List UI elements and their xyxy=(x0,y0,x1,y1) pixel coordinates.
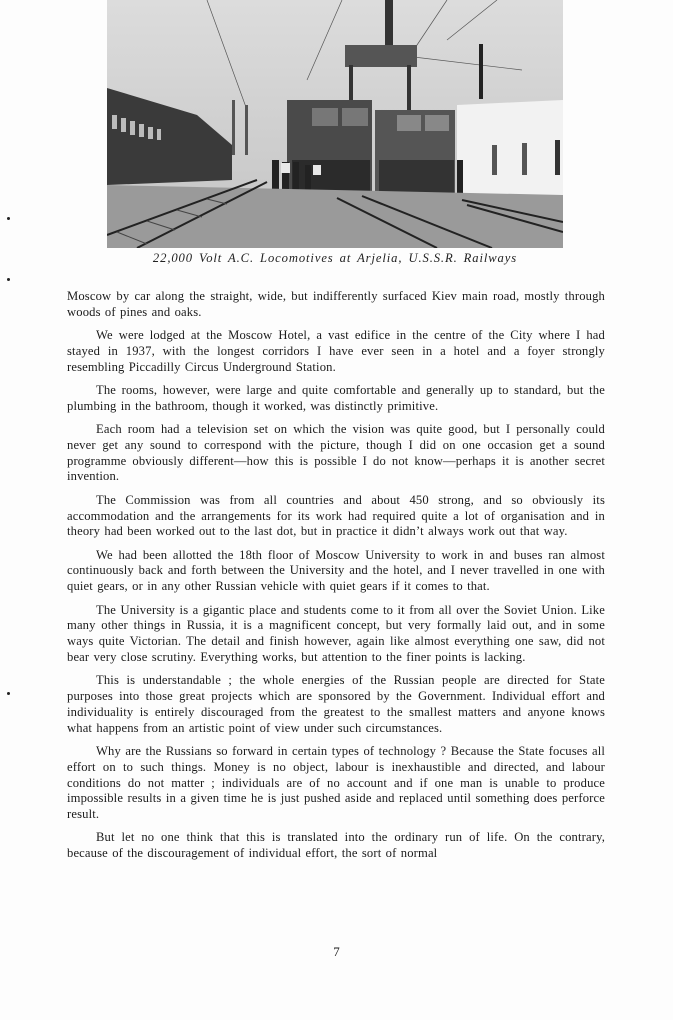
article-body: Moscow by car along the straight, wide, … xyxy=(67,289,605,870)
scan-speck xyxy=(7,278,10,281)
paragraph: The University is a gigantic place and s… xyxy=(67,603,605,666)
paragraph: We had been allotted the 18th floor of M… xyxy=(67,548,605,595)
paragraph: The Commission was from all countries an… xyxy=(67,493,605,540)
paragraph: The rooms, however, were large and quite… xyxy=(67,383,605,415)
locomotives-photograph xyxy=(107,0,563,248)
photo-illustration xyxy=(107,0,563,248)
paragraph: But let no one think that this is transl… xyxy=(67,830,605,862)
scan-speck xyxy=(7,217,10,220)
figure-caption: 22,000 Volt A.C. Locomotives at Arjelia,… xyxy=(100,251,570,266)
paragraph: Why are the Russians so forward in certa… xyxy=(67,744,605,823)
paragraph: We were lodged at the Moscow Hotel, a va… xyxy=(67,328,605,375)
scan-speck xyxy=(7,692,10,695)
paragraph: This is understandable ; the whole energ… xyxy=(67,673,605,736)
paragraph: Moscow by car along the straight, wide, … xyxy=(67,289,605,321)
page-number: 7 xyxy=(0,944,673,960)
paragraph: Each room had a television set on which … xyxy=(67,422,605,485)
